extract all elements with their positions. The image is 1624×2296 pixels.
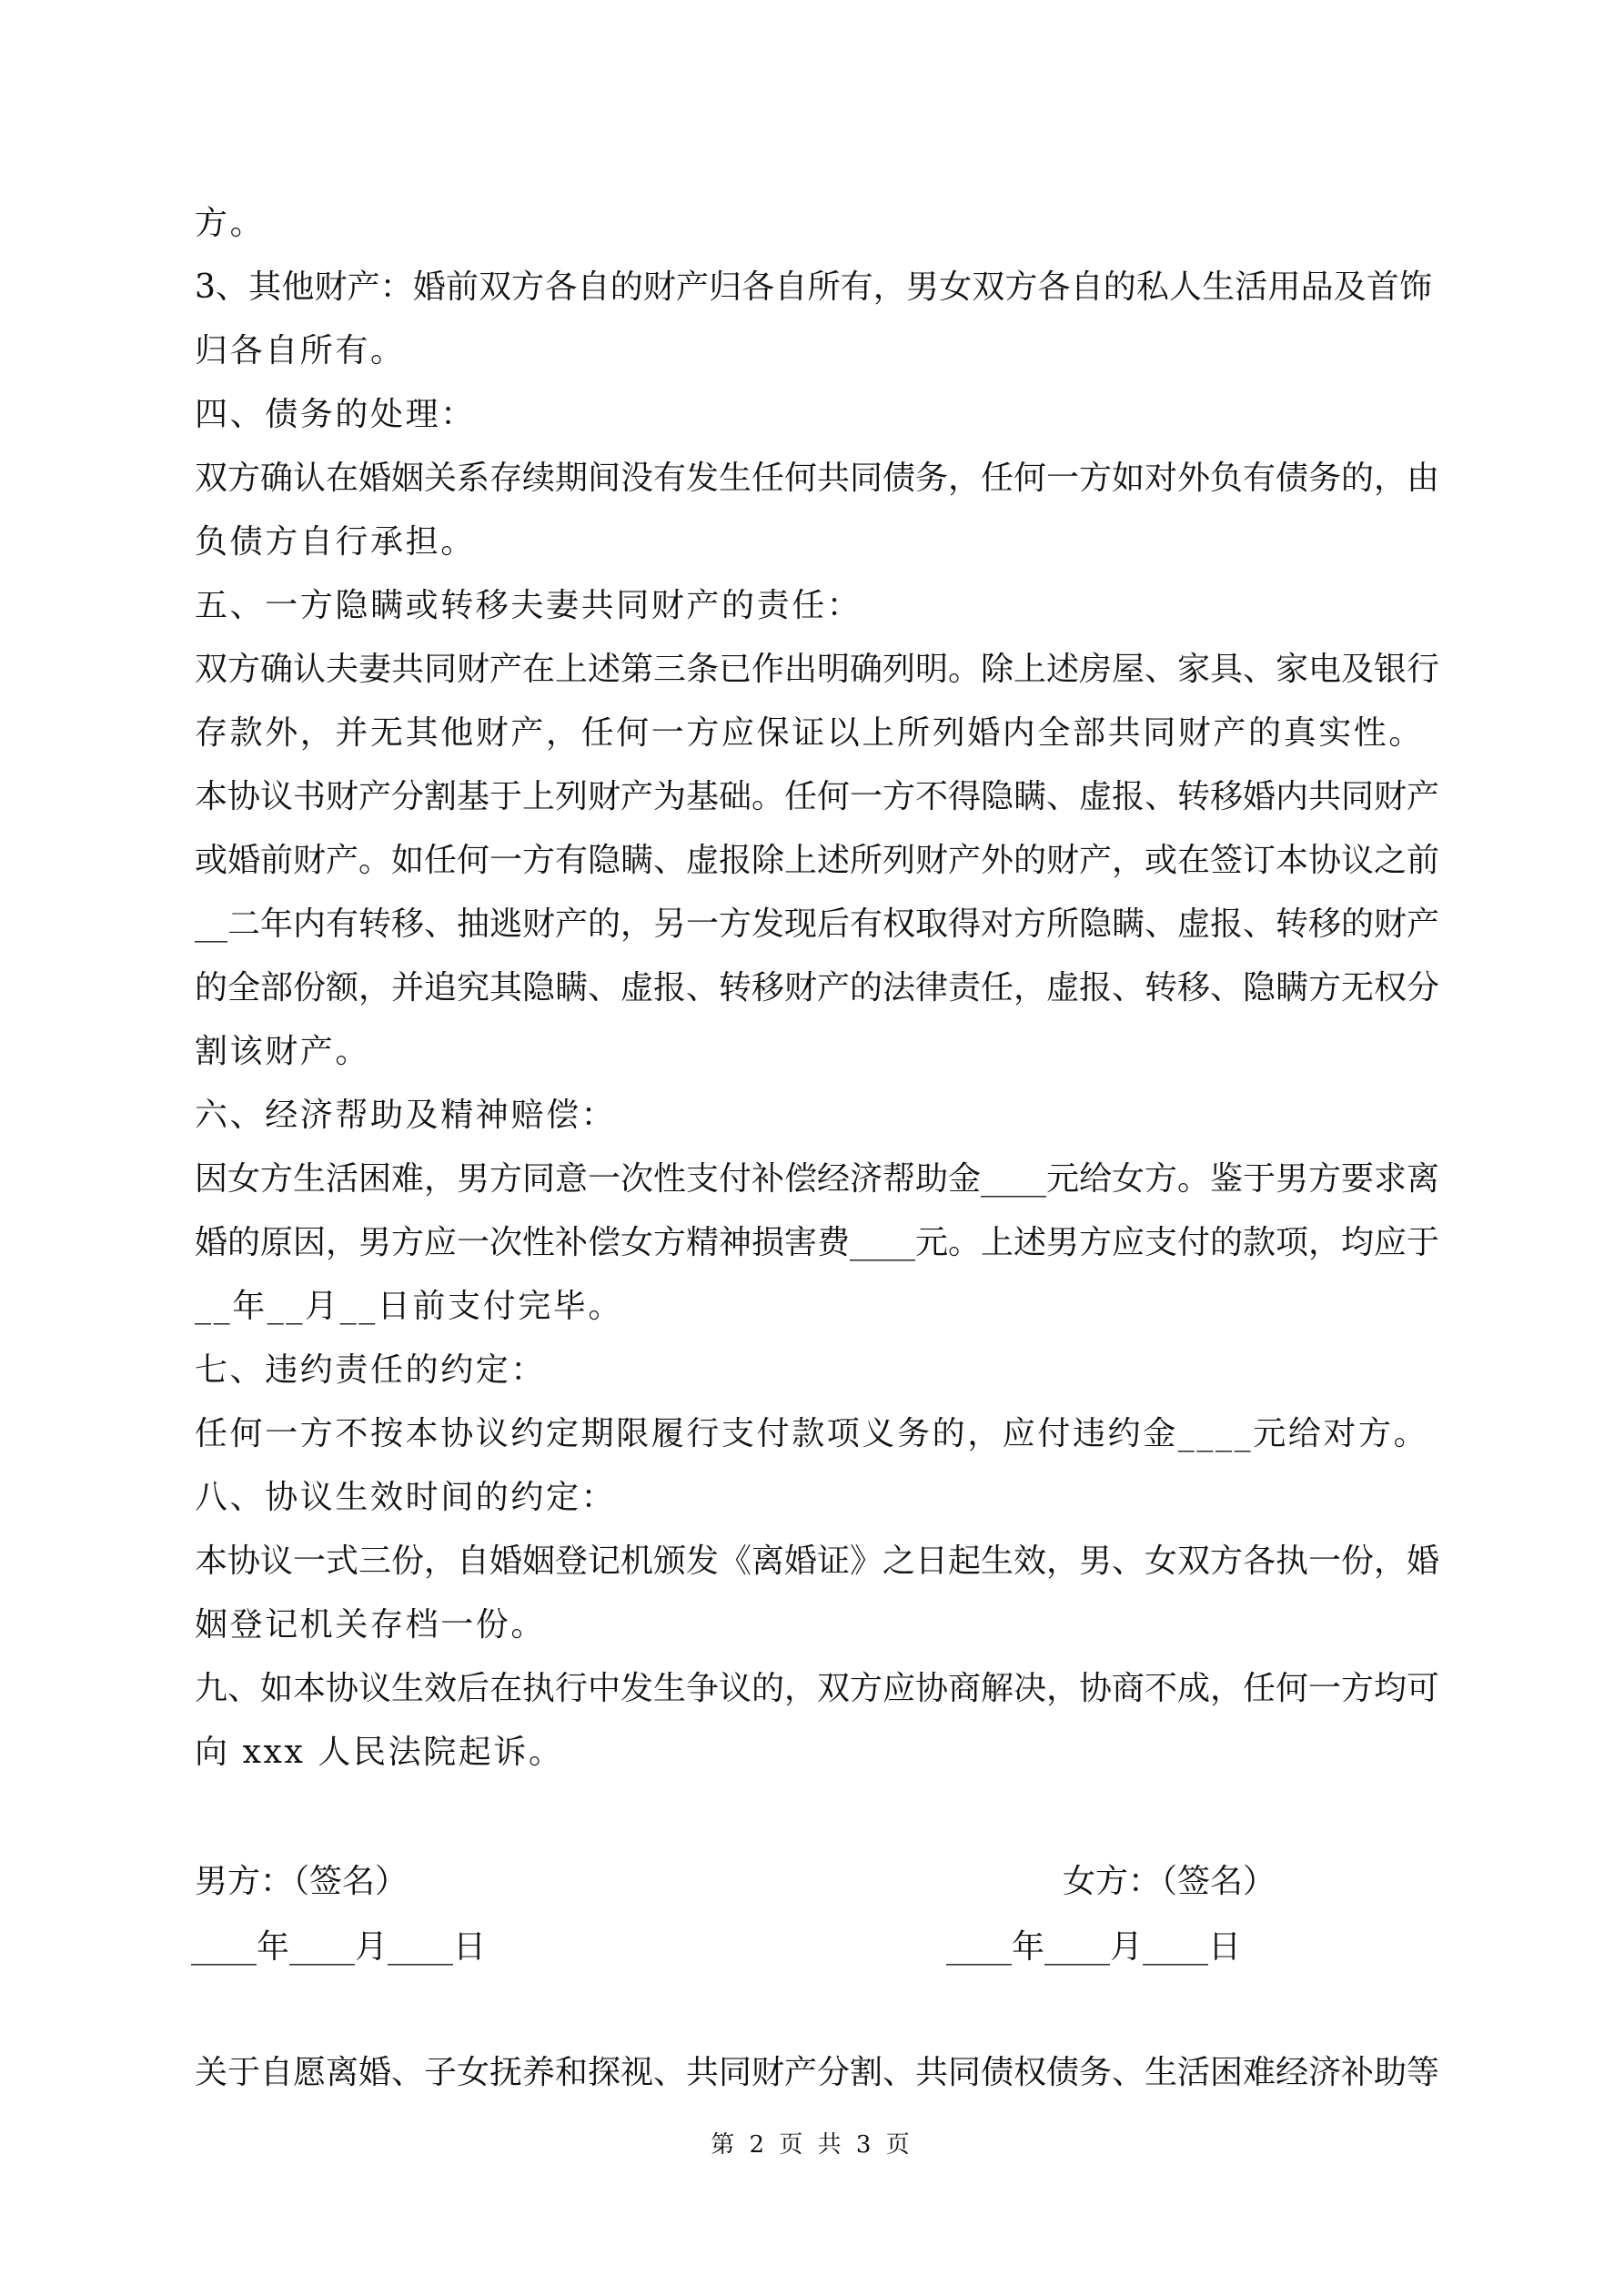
female-signature-date: ____年____月____日 xyxy=(946,1927,1241,1967)
document-line: 任何一方不按本协议约定期限履行支付款项义务的，应付违约金____元给对方。 xyxy=(195,1414,1432,1454)
document-line: 六、经济帮助及精神赔偿： xyxy=(195,1096,1432,1136)
document-line: 因女方生活困难，男方同意一次性支付补偿经济帮助金____元给女方。鉴于男方要求离 xyxy=(195,1159,1432,1199)
document-line: 存款外，并无其他财产，任何一方应保证以上所列婚内全部共同财产的真实性。 xyxy=(195,713,1432,754)
document-line: 姻登记机关存档一份。 xyxy=(195,1605,1432,1645)
document-line: 的全部份额，并追究其隐瞒、虚报、转移财产的法律责任，虚报、转移、隐瞒方无权分 xyxy=(195,968,1432,1008)
male-signature-date: ____年____月____日 xyxy=(191,1927,486,1967)
document-line: 或婚前财产。如任何一方有隐瞒、虚报除上述所列财产外的财产，或在签订本协议之前 xyxy=(195,841,1432,881)
document-line: 七、违约责任的约定： xyxy=(195,1350,1432,1391)
document-line: 归各自所有。 xyxy=(195,331,1432,371)
document-line: 割该财产。 xyxy=(195,1032,1432,1072)
document-line: 五、一方隐瞒或转移夫妻共同财产的责任： xyxy=(195,586,1432,626)
female-signature-label: 女方：（签名） xyxy=(1063,1862,1276,1902)
document-line: 婚的原因，男方应一次性补偿女方精神损害费____元。上述男方应支付的款项，均应于 xyxy=(195,1223,1432,1263)
document-page: 方。3、其他财产：婚前双方各自的财产归各自所有，男女双方各自的私人生活用品及首饰… xyxy=(0,0,1624,2296)
closing-paragraph-line: 关于自愿离婚、子女抚养和探视、共同财产分割、共同债权债务、生活困难经济补助等 xyxy=(195,2053,1432,2093)
document-line: 方。 xyxy=(195,204,1432,244)
document-line: 双方确认夫妻共同财产在上述第三条已作出明确列明。除上述房屋、家具、家电及银行 xyxy=(195,650,1432,690)
document-line: 本协议一式三份，自婚姻登记机颁发《离婚证》之日起生效，男、女双方各执一份，婚 xyxy=(195,1542,1432,1582)
document-line: 双方确认在婚姻关系存续期间没有发生任何共同债务，任何一方如对外负有债务的，由 xyxy=(195,459,1432,499)
document-line: 负债方自行承担。 xyxy=(195,522,1432,562)
document-line: 本协议书财产分割基于上列财产为基础。任何一方不得隐瞒、虚报、转移婚内共同财产 xyxy=(195,777,1432,817)
document-line: __二年内有转移、抽逃财产的，另一方发现后有权取得对方所隐瞒、虚报、转移的财产 xyxy=(195,905,1432,945)
document-line: 九、如本协议生效后在执行中发生争议的，双方应协商解决，协商不成，任何一方均可 xyxy=(195,1669,1432,1709)
document-line: 3、其他财产：婚前双方各自的财产归各自所有，男女双方各自的私人生活用品及首饰 xyxy=(195,268,1432,308)
document-line: 四、债务的处理： xyxy=(195,395,1432,435)
document-line: 向 xxx 人民法院起诉。 xyxy=(195,1733,1432,1773)
document-line: 八、协议生效时间的约定： xyxy=(195,1478,1432,1518)
document-line: __年__月__日前支付完毕。 xyxy=(195,1287,1432,1327)
male-signature-label: 男方：（签名） xyxy=(195,1862,408,1902)
page-footer: 第 2 页 共 3 页 xyxy=(0,2126,1624,2159)
